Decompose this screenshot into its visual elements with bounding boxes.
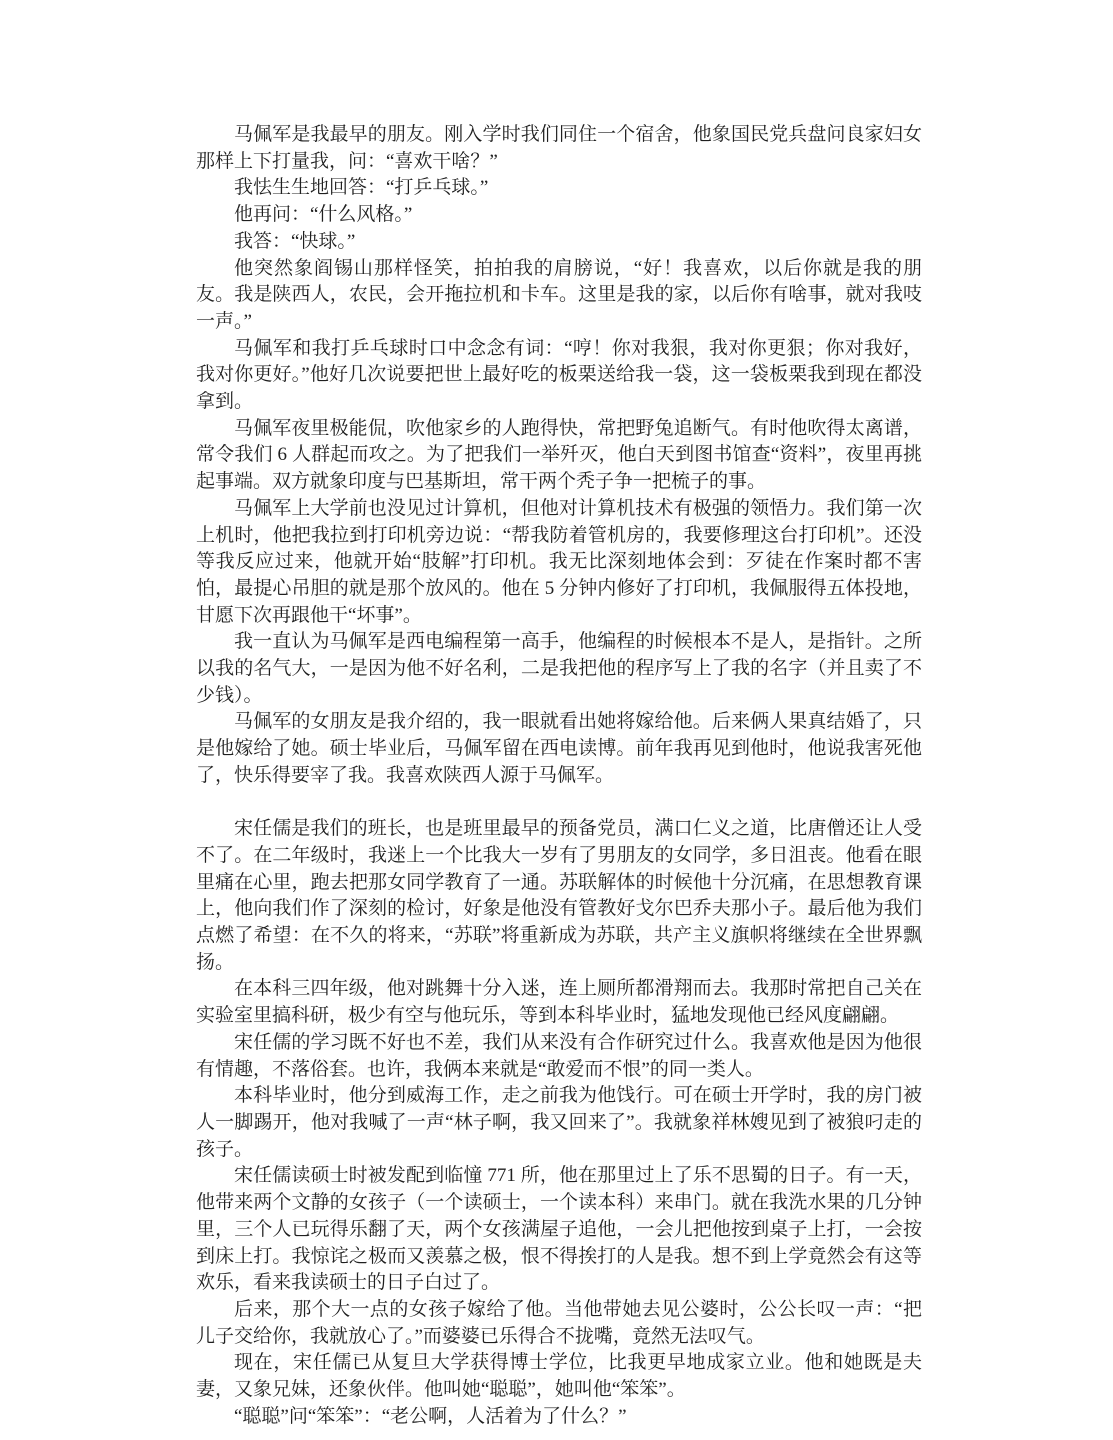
paragraph: “聪聪”问“笨笨”：“老公啊，人活着为了什么？” — [196, 1404, 922, 1431]
paragraph: 我怯生生地回答：“打乒乓球。” — [196, 175, 922, 202]
paragraph: 马佩军夜里极能侃，吹他家乡的人跑得快，常把野兔追断气。有时他吹得太离谱，常令我们… — [196, 416, 922, 496]
paragraph: 马佩军上大学前也没见过计算机，但他对计算机技术有极强的领悟力。我们第一次上机时，… — [196, 496, 922, 630]
paragraph: 后来，那个大一点的女孩子嫁给了他。当他带她去见公婆时，公公长叹一声：“把儿子交给… — [196, 1297, 922, 1350]
paragraph: 他突然象阎锡山那样怪笑，拍拍我的肩膀说，“好！我喜欢，以后你就是我的朋友。我是陕… — [196, 256, 922, 336]
paragraph: 我一直认为马佩军是西电编程第一高手，他编程的时候根本不是人，是指针。之所以我的名… — [196, 629, 922, 709]
paragraph: 我答：“快球。” — [196, 229, 922, 256]
paragraph: 现在，宋任儒已从复旦大学获得博士学位，比我更早地成家立业。他和她既是夫妻，又象兄… — [196, 1350, 922, 1403]
paragraph: 马佩军和我打乒乓球时口中念念有词：“哼！你对我狠，我对你更狠；你对我好，我对你更… — [196, 336, 922, 416]
paragraph: 本科毕业时，他分到威海工作，走之前我为他饯行。可在硕士开学时，我的房门被人一脚踢… — [196, 1083, 922, 1163]
paragraph: 宋任儒的学习既不好也不差，我们从来没有合作研究过什么。我喜欢他是因为他很有情趣，… — [196, 1030, 922, 1083]
paragraph: 马佩军是我最早的朋友。刚入学时我们同住一个宿舍，他象国民党兵盘问良家妇女那样上下… — [196, 122, 922, 175]
paragraph: 宋任儒读硕士时被发配到临憧 771 所，他在那里过上了乐不思蜀的日子。有一天，他… — [196, 1163, 922, 1297]
paragraph: 宋任儒是我们的班长，也是班里最早的预备党员，满口仁义之道，比唐僧还让人受不了。在… — [196, 816, 922, 976]
document-body: 马佩军是我最早的朋友。刚入学时我们同住一个宿舍，他象国民党兵盘问良家妇女那样上下… — [196, 122, 922, 1430]
paragraph: 马佩军的女朋友是我介绍的，我一眼就看出她将嫁给他。后来俩人果真结婚了，只是他嫁给… — [196, 709, 922, 789]
paragraph: 他再问：“什么风格。” — [196, 202, 922, 229]
section-ma-peijun: 马佩军是我最早的朋友。刚入学时我们同住一个宿舍，他象国民党兵盘问良家妇女那样上下… — [196, 122, 922, 790]
document-page: 马佩军是我最早的朋友。刚入学时我们同住一个宿舍，他象国民党兵盘问良家妇女那样上下… — [0, 0, 1113, 1440]
paragraph: 在本科三四年级，他对跳舞十分入迷，连上厕所都滑翔而去。我那时常把自己关在实验室里… — [196, 976, 922, 1029]
section-song-renru: 宋任儒是我们的班长，也是班里最早的预备党员，满口仁义之道，比唐僧还让人受不了。在… — [196, 816, 922, 1430]
